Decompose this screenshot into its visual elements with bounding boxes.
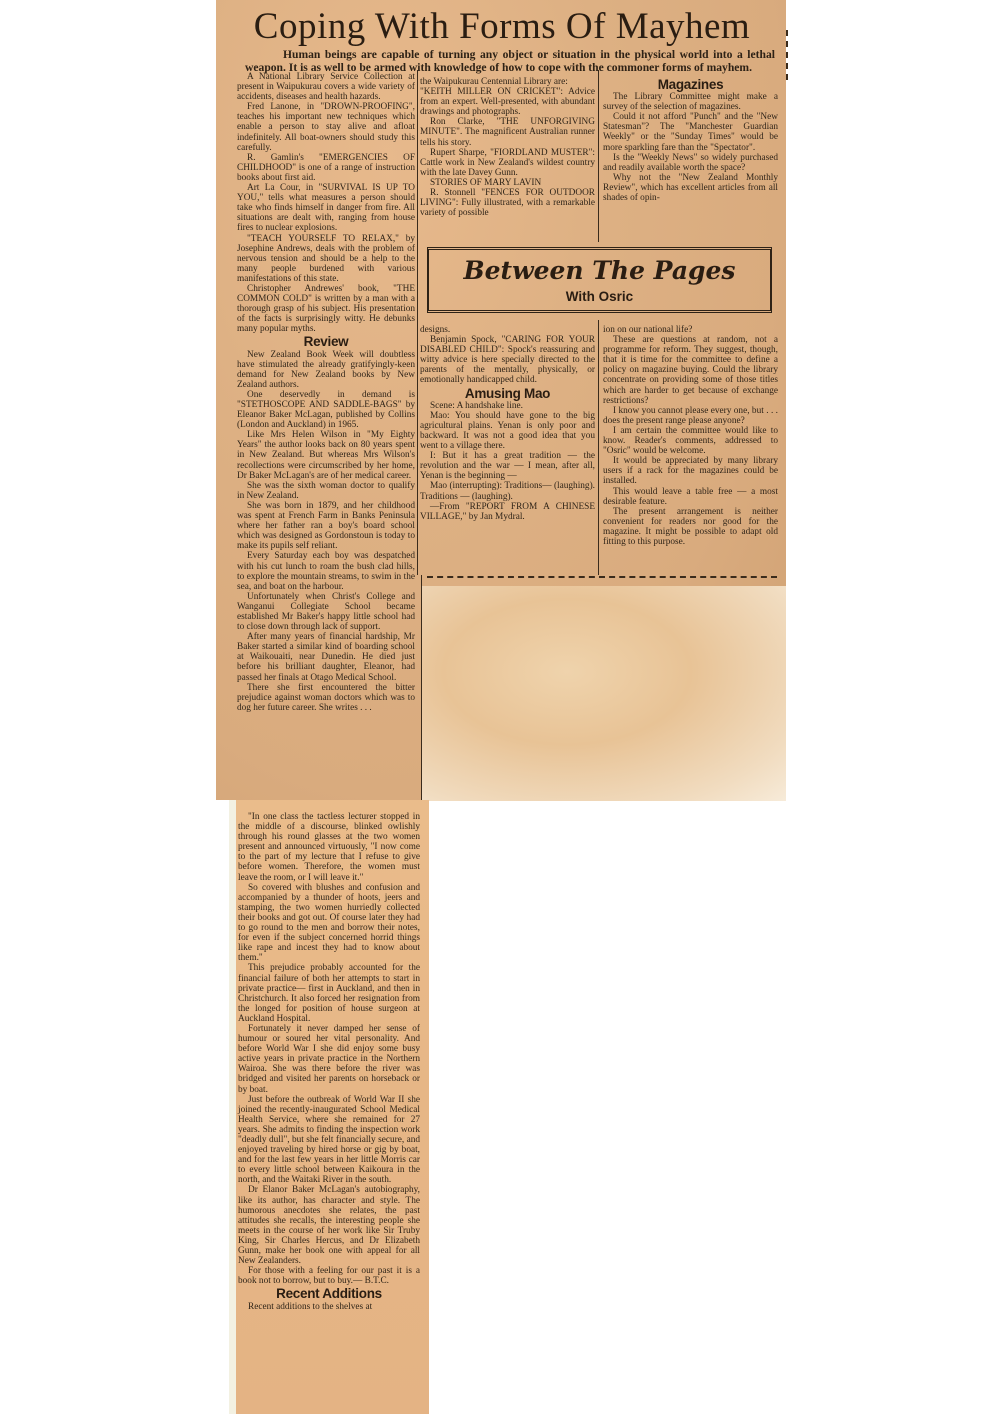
right-column: Magazines The Library Committee might ma… [603, 77, 778, 203]
paragraph: the Waipukurau Centennial Library are: [420, 77, 595, 87]
paragraph: She was born in 1879, and her childhood … [237, 501, 415, 551]
paragraph: A National Library Service Collection at… [237, 72, 415, 102]
paragraph: Like Mrs Helen Wilson in "My Eighty Year… [237, 430, 415, 480]
paragraph: R. Gamlin's "EMERGENCIES OF CHILDHOOD" i… [237, 153, 415, 183]
amusing-mao-heading: Amusing Mao [420, 389, 595, 399]
paragraph: She was the sixth woman doctor to qualif… [237, 481, 415, 501]
paragraph: I know you cannot please every one, but … [603, 406, 778, 426]
right-column-lower: ion on our national life? These are ques… [603, 325, 778, 547]
column-rule [417, 70, 418, 575]
paragraph: After many years of financial hardship, … [237, 632, 415, 682]
paragraph: There she first encountered the bitter p… [237, 683, 415, 713]
paragraph: Is the "Weekly News" so widely purchased… [603, 153, 778, 173]
paragraph: Fortunately it never damped her sense of… [238, 1024, 420, 1095]
paragraph: Dr Elanor Baker McLagan's autobiography,… [238, 1185, 420, 1266]
paragraph: The present arrangement is neither conve… [603, 507, 778, 547]
paragraph: Benjamin Spock, "CARING FOR YOUR DISABLE… [420, 335, 595, 385]
magazines-heading: Magazines [603, 80, 778, 90]
column-rule [598, 70, 599, 242]
paragraph: The Library Committee might make a surve… [603, 92, 778, 112]
middle-column-lower: designs. Benjamin Spock, "CARING FOR YOU… [420, 325, 595, 522]
banner-title: Between The Pages [429, 256, 770, 285]
paragraph: Just before the outbreak of World War II… [238, 1095, 420, 1186]
paragraph: Ron Clarke, "THE UNFORGIVING MINUTE". Th… [420, 117, 595, 147]
paragraph: R. Stonnell "FENCES FOR OUTDOOR LIVING":… [420, 188, 595, 218]
paragraph: Scene: A handshake line. [420, 401, 595, 411]
paragraph: I am certain the committee would like to… [603, 426, 778, 456]
strip-shadow [229, 800, 236, 1414]
paragraph: Mao (interrupting): Traditions— (laughin… [420, 481, 595, 501]
paragraph: Art La Cour, in "SURVIVAL IS UP TO YOU,"… [237, 183, 415, 233]
paragraph: "TEACH YOURSELF TO RELAX," by Josephine … [237, 234, 415, 284]
column-rule [598, 320, 599, 575]
column-banner: Between The Pages With Osric [427, 247, 772, 313]
paragraph: For those with a feeling for our past it… [238, 1266, 420, 1286]
paragraph: One deservedly in demand is "STETHOSCOPE… [237, 390, 415, 430]
headline: Coping With Forms Of Mayhem [222, 6, 782, 48]
edge-marks [786, 30, 790, 80]
column-rule [421, 575, 422, 800]
paragraph: Rupert Sharpe, "FIORDLAND MUSTER": Cattl… [420, 148, 595, 178]
paragraph: Recent additions to the shelves at [238, 1302, 420, 1312]
paragraph: So covered with blushes and confusion an… [238, 883, 420, 964]
paragraph: Why not the "New Zealand Monthly Review"… [603, 173, 778, 203]
paragraph: Christopher Andrewes' book, "THE COMMON … [237, 284, 415, 334]
paragraph: This would leave a table free — a most d… [603, 487, 778, 507]
left-column: A National Library Service Collection at… [237, 72, 415, 713]
paragraph: designs. [420, 325, 595, 335]
paragraph: Fred Lanone, in "DROWN-PROOFING", teache… [237, 102, 415, 152]
paragraph: Mao: You should have gone to the big agr… [420, 411, 595, 451]
standfirst: Human beings are capable of turning any … [245, 48, 775, 74]
paragraph: Unfortunately when Christ's College and … [237, 592, 415, 632]
paragraph: STORIES OF MARY LAVIN [420, 178, 595, 188]
paragraph: These are questions at random, not a pro… [603, 335, 778, 406]
paragraph: I: But it has a great tradition — the re… [420, 451, 595, 481]
wavy-rule [427, 576, 777, 582]
paragraph: "In one class the tactless lecturer stop… [238, 812, 420, 883]
paragraph: Every Saturday each boy was despatched w… [237, 551, 415, 591]
paragraph: —From "REPORT FROM A CHINESE VILLAGE," b… [420, 502, 595, 522]
banner-subtitle: With Osric [429, 289, 770, 304]
paragraph: It would be appreciated by many library … [603, 456, 778, 486]
backing-card [421, 586, 786, 801]
recent-additions-heading: Recent Additions [238, 1289, 420, 1299]
paragraph: This prejudice probably accounted for th… [238, 963, 420, 1024]
middle-column: the Waipukurau Centennial Library are: "… [420, 77, 595, 218]
paragraph: "KEITH MILLER ON CRICKET": Advice from a… [420, 87, 595, 117]
paragraph: New Zealand Book Week will doubtless hav… [237, 350, 415, 390]
paragraph: Could it not afford "Punch" and the "New… [603, 112, 778, 152]
paragraph: ion on our national life? [603, 325, 778, 335]
review-heading: Review [237, 337, 415, 347]
left-column-continued: "In one class the tactless lecturer stop… [238, 812, 420, 1312]
